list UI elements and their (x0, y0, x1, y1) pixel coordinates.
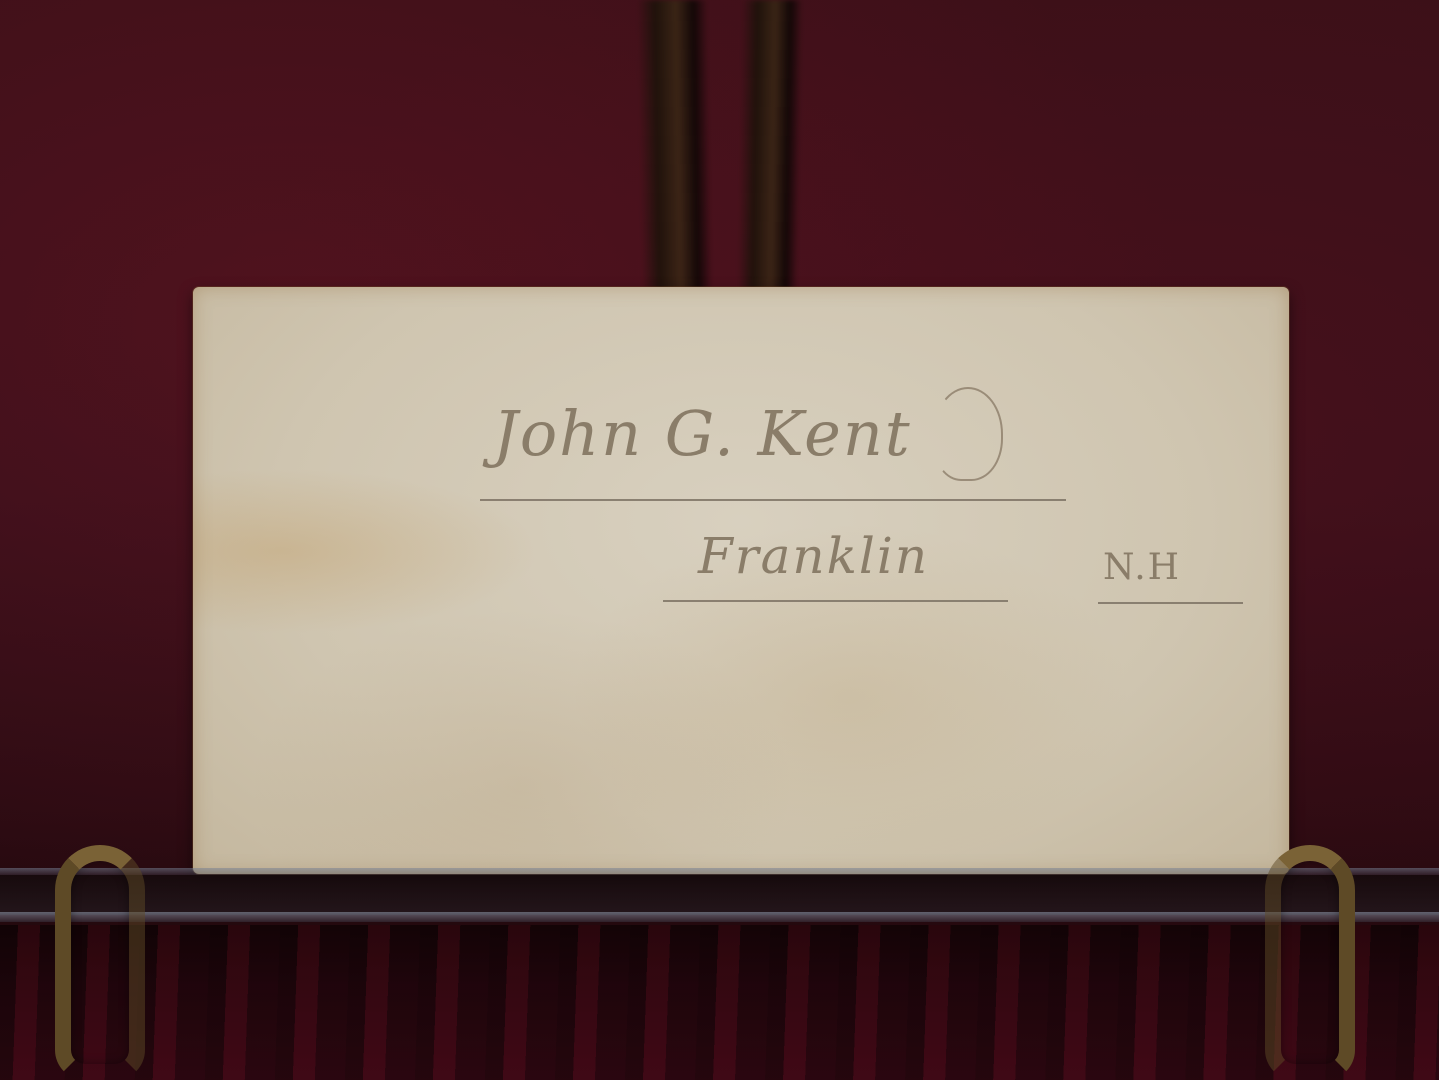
card-state: N.H (1103, 547, 1181, 588)
city-underline (663, 600, 1008, 602)
acrylic-ledge-edge (0, 868, 1439, 875)
photo-scene: John G. Kent Franklin N.H (0, 0, 1439, 1080)
card-city: Franklin (698, 527, 929, 585)
easel-back-leg-left (637, 0, 712, 300)
name-underline (480, 499, 1066, 501)
acrylic-ledge (0, 875, 1439, 915)
easel-back-leg-right (737, 0, 802, 300)
velvet-background (0, 925, 1439, 1080)
state-underline (1098, 602, 1243, 604)
brass-easel-hook-right (1265, 845, 1355, 1080)
antique-calling-card: John G. Kent Franklin N.H (193, 287, 1289, 874)
name-flourish (933, 387, 1003, 481)
card-name: John G. Kent (493, 397, 912, 470)
brass-easel-hook-left (55, 845, 145, 1080)
acrylic-ledge-lower-edge (0, 912, 1439, 922)
